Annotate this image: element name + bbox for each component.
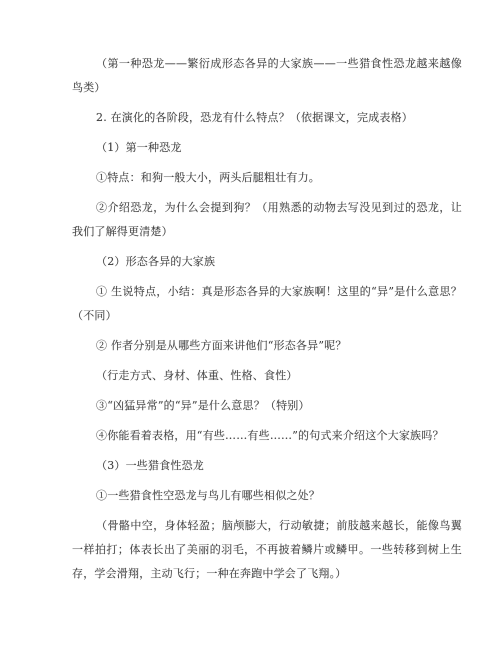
paragraph-answer-bird-similarity: （骨骼中空，身体轻盈；脑颅膨大，行动敏捷；前肢越来越长，能像鸟翼一样拍打；体表长… — [72, 514, 462, 586]
paragraph-point-student-summary: ① 生说特点，小结：真是形态各异的大家族啊！这里的“异”是什么意思？（不同） — [72, 280, 462, 328]
paragraph-point-bird-similarity: ①一些猎食性空恐龙与鸟儿有哪些相似之处？ — [72, 484, 462, 508]
paragraph-heading-varied-family: （2）形态各异的大家族 — [72, 250, 462, 274]
paragraph-point-author-aspects: ② 作者分别是从哪些方面来讲他们“形态各异”呢？ — [72, 334, 462, 358]
paragraph-point-sentence-pattern: ④你能看着表格，用“有些……有些……”的句式来介绍这个大家族吗？ — [72, 424, 462, 448]
paragraph-point-features: ①特点：和狗一般大小，两头后腿粗壮有力。 — [72, 166, 462, 190]
paragraph-heading-predatory: （3）一些猎食性恐龙 — [72, 454, 462, 478]
paragraph-point-why-dog: ②介绍恐龙，为什么会提到狗？（用熟悉的动物去写没见到过的恐龙，让我们了解得更清楚… — [72, 196, 462, 244]
paragraph-heading-first-dinosaur: （1）第一种恐龙 — [72, 136, 462, 160]
paragraph-question-2: 2. 在演化的各阶段，恐龙有什么特点？（依据课文，完成表格） — [72, 106, 462, 130]
document-page: （第一种恐龙——繁衍成形态各异的大家族——一些猎食性恐龙越来越像鸟类） 2. 在… — [0, 0, 500, 647]
paragraph-point-yi-meaning: ③“凶猛异常”的“异”是什么意思？（特别） — [72, 394, 462, 418]
paragraph-answer-aspects: （行走方式、身材、体重、性格、食性） — [72, 364, 462, 388]
paragraph-answer-evolution-chain: （第一种恐龙——繁衍成形态各异的大家族——一些猎食性恐龙越来越像鸟类） — [72, 52, 462, 100]
